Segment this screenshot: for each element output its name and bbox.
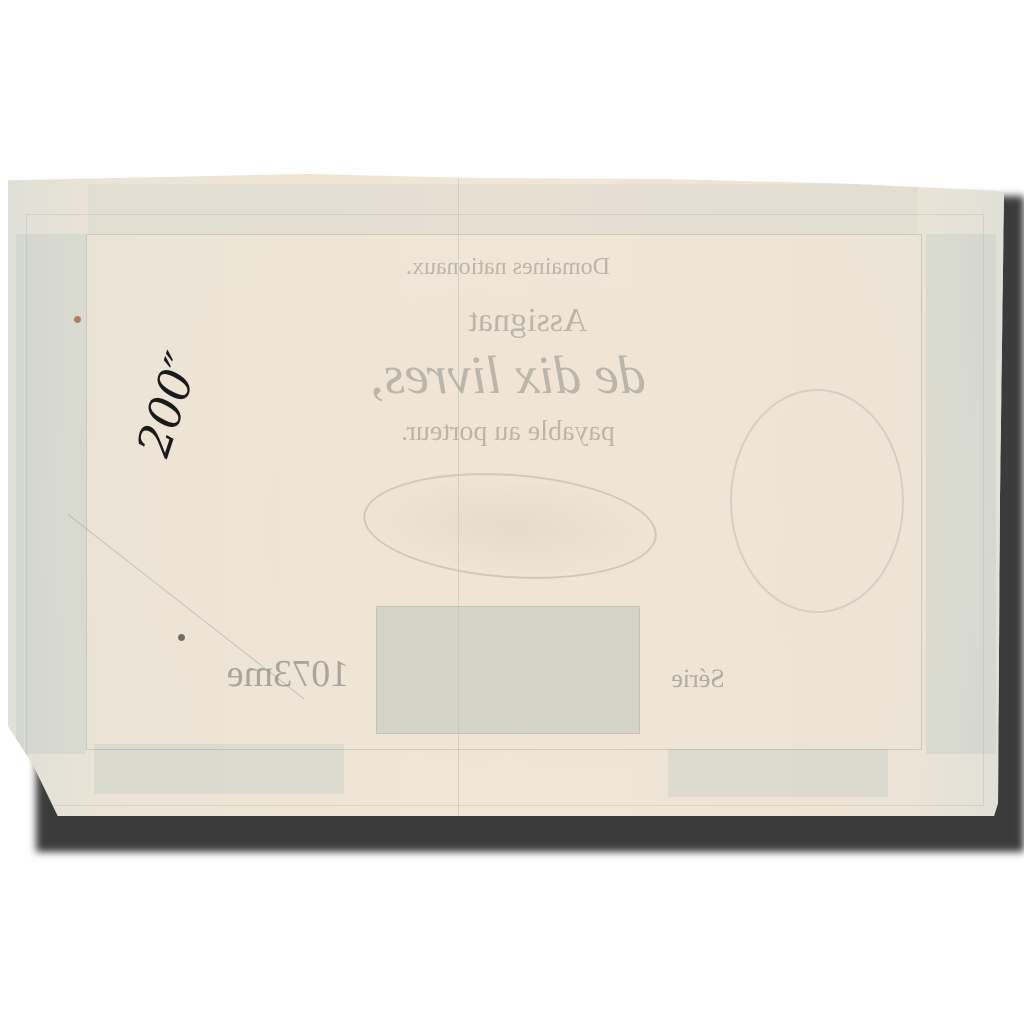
ghost-text-payable: payable au porteur. [308,416,708,448]
ghost-series-label: Série [658,664,738,694]
ghost-text-denomination: de dix livres, [278,344,738,406]
central-stamp-box [376,606,640,734]
ghost-text-assignat: Assignat [428,302,628,340]
right-oval-seal [730,389,904,613]
ink-spot [178,634,185,641]
ghost-text-domaines: Domaines nationaux. [298,254,718,281]
ghost-series-number: 1073me [213,652,363,696]
banknote: Domaines nationaux. Assignat de dix livr… [8,174,1004,816]
ink-spot [74,316,81,323]
